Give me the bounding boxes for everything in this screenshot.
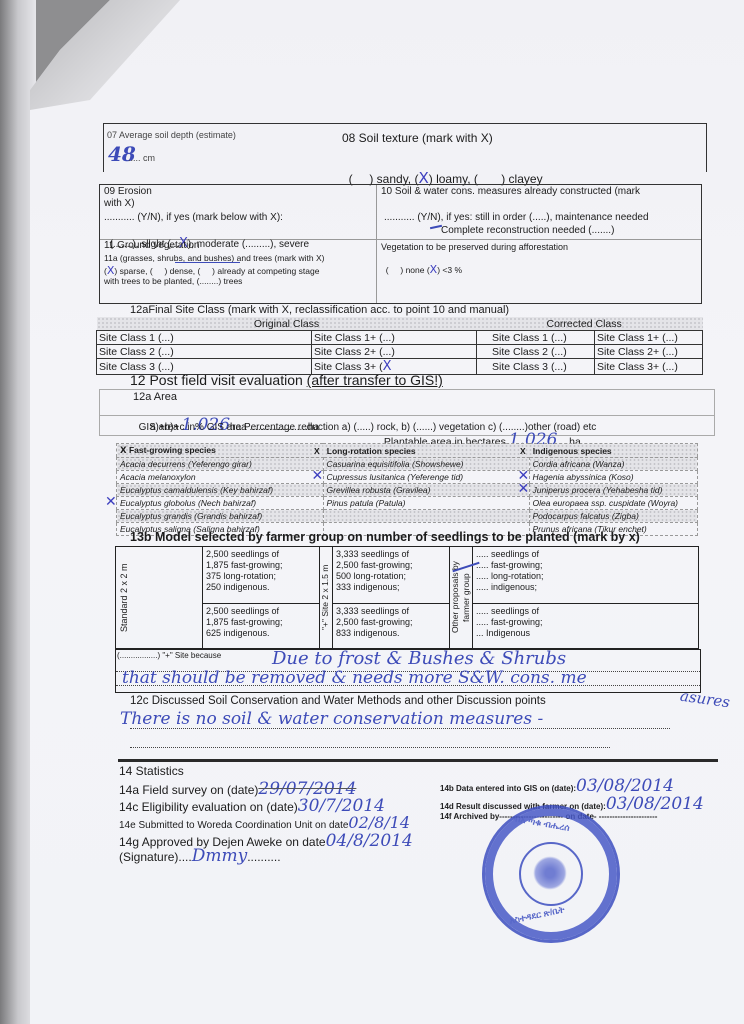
- post-field-title: 12 Post field visit evaluation (after tr…: [130, 372, 443, 388]
- species-table: X Fast-growing species X Long-rotation s…: [116, 443, 698, 536]
- species-row: ✕Eucalyptus globolus (Nech bahirzaf)Pinu…: [117, 497, 698, 510]
- species-cell[interactable]: Eucalyptus grandis (Grandis bahirzaf): [117, 510, 324, 523]
- discussion-title: 12c Discussed Soil Conservation and Wate…: [130, 695, 546, 707]
- farmer-discussion-date[interactable]: 03/08/2014: [606, 794, 704, 814]
- soil-texture-options[interactable]: ( ) sandy, (X) loamy, ( ) clayey: [342, 155, 543, 187]
- species-cell[interactable]: [323, 510, 529, 523]
- species-row: Eucalyptus grandis (Grandis bahirzaf)Pod…: [117, 510, 698, 523]
- because-handwritten-1[interactable]: Due to frost & Bushes & Shrubs: [272, 648, 566, 669]
- x-mark-icon: ✕: [518, 481, 530, 497]
- statistics-divider: [118, 759, 718, 762]
- species-cell[interactable]: ✕Juniperus procera (Yehabesha tid): [529, 484, 698, 497]
- official-stamp: ብአ ጣቁ ብሔረሰ አስተዳደር ጽ/ቤት: [482, 805, 620, 943]
- species-cell[interactable]: ✕Hagenia abyssinica (Koso): [529, 471, 698, 484]
- discussion-handwritten[interactable]: There is no soil & water conservation me…: [120, 709, 543, 729]
- species-cell[interactable]: Eucalyptus camaldulensis (Key bahirzaf): [117, 484, 324, 497]
- erosion-title: 09 Erosion: [104, 186, 152, 197]
- standard-top-option[interactable]: 2,500 seedlings of1,875 fast-growing;375…: [203, 547, 320, 604]
- emblem-icon: [533, 856, 567, 890]
- species-cell[interactable]: Acacia decurrens (Yeferengo girar): [117, 458, 324, 471]
- model-title: 13b Model selected by farmer group on nu…: [130, 530, 640, 544]
- preserve-options[interactable]: ( ) none (X) <3 %: [381, 253, 462, 276]
- species-row: Eucalyptus camaldulensis (Key bahirzaf)G…: [117, 484, 698, 497]
- soil-texture-label: 08 Soil texture (mark with X): [342, 131, 493, 145]
- ground-vegetation-title: 11 Ground vegetation: [104, 240, 199, 251]
- plus-top-option[interactable]: 3,333 seedlings of2,500 fast-growing;500…: [333, 547, 450, 604]
- approved-date[interactable]: 04/8/2014: [326, 831, 413, 851]
- soil-depth-unit: ..... cm: [128, 153, 155, 163]
- species-cell[interactable]: Podocarpus falcatus (Zigba): [529, 510, 698, 523]
- species-cell[interactable]: Acacia melanoxylon: [117, 471, 324, 484]
- standard-bottom-option[interactable]: 2,500 seedlings of1,875 fast-growing;625…: [203, 604, 320, 649]
- soil-depth-label: 07 Average soil depth (estimate): [107, 130, 236, 140]
- page-curl: [30, 0, 180, 110]
- underline-shrubs: [175, 262, 240, 263]
- species-cell[interactable]: Grevillea robusta (Gravilea): [323, 484, 529, 497]
- statistics-title: 14 Statistics: [119, 764, 184, 778]
- species-row: Acacia decurrens (Yeferengo girar)Casuar…: [117, 458, 698, 471]
- species-row: Acacia melanoxylon✕Cupressus lusitanica …: [117, 471, 698, 484]
- site-class-title: 12aFinal Site Class (mark with X, reclas…: [130, 304, 509, 316]
- submitted-date[interactable]: 02/8/14: [348, 813, 410, 832]
- species-cell[interactable]: ✕Eucalyptus globolus (Nech bahirzaf): [117, 497, 324, 510]
- species-cell[interactable]: Pinus patula (Patula): [323, 497, 529, 510]
- other-top-option[interactable]: ..... seedlings of..... fast-growing;...…: [473, 547, 699, 604]
- species-cell[interactable]: Cordia africana (Wanza): [529, 458, 698, 471]
- preserve-title: Vegetation to be preserved during affore…: [381, 242, 568, 252]
- signature[interactable]: Dmmy: [192, 846, 247, 866]
- swc-title: 10 Soil & water cons. measures already c…: [381, 186, 640, 197]
- species-cell[interactable]: Casuarina equisitifolia (Showshewe): [323, 458, 529, 471]
- site-class-table: Original Class Corrected Class Site Clas…: [96, 317, 703, 375]
- species-cell[interactable]: Olea europaea ssp. cuspidate (Woyra): [529, 497, 698, 510]
- species-cell[interactable]: ✕Cupressus lusitanica (Yeferenge tid): [323, 471, 529, 484]
- plus-bottom-option[interactable]: 3,333 seedlings of2,500 fast-growing;833…: [333, 604, 450, 649]
- model-table: Standard 2 x 2 m 2,500 seedlings of1,875…: [115, 546, 699, 649]
- x-mark-icon: ✕: [312, 468, 324, 484]
- gis-entry-date[interactable]: 03/08/2014: [576, 776, 674, 796]
- x-mark-icon: ✕: [105, 494, 117, 510]
- because-handwritten-2[interactable]: that should be removed & needs more S&W.…: [122, 668, 587, 688]
- original-class-header: Original Class: [97, 317, 477, 331]
- corrected-class-header: Corrected Class: [477, 317, 703, 331]
- other-bottom-option[interactable]: ..... seedlings of..... fast-growing;...…: [473, 604, 699, 649]
